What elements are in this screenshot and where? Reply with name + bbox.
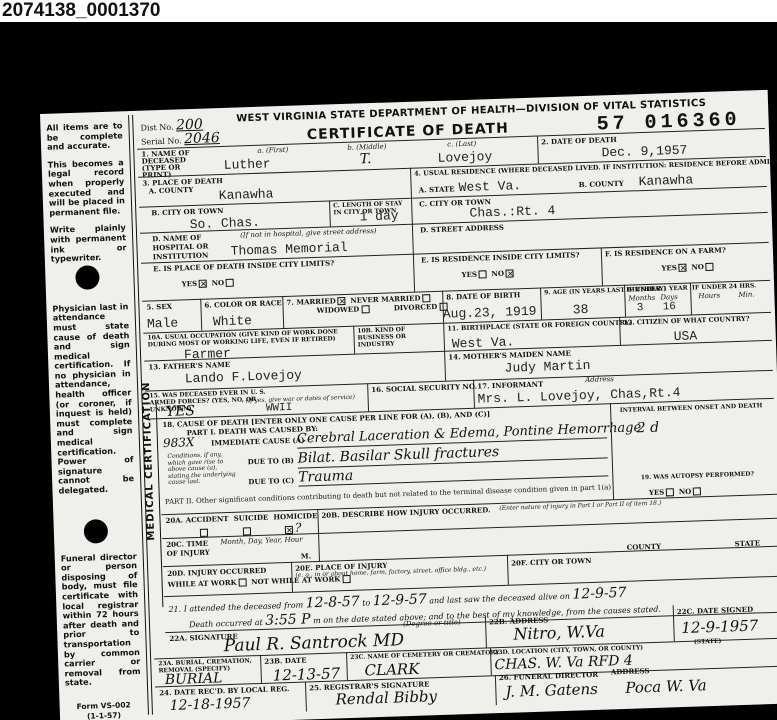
date-received: 12-18-1957	[169, 695, 250, 714]
residence-farm: YES✕ NO	[661, 262, 716, 273]
last-name: Lovejoy	[437, 149, 492, 166]
physician-address: Nitro, W.Va	[513, 622, 605, 644]
age-days: 16	[663, 301, 677, 313]
punch-hole-icon	[75, 265, 100, 290]
no-checkbox[interactable]	[706, 263, 714, 271]
attended-to: 12-9-57	[372, 591, 427, 609]
age: 38	[573, 302, 589, 318]
cause-due-to-c: Trauma	[298, 468, 354, 486]
note-funeral-director: Funeral director or person disposing of …	[61, 552, 141, 689]
at-work-checkbox[interactable]	[239, 578, 247, 586]
middle-initial: T.	[359, 151, 371, 167]
note-legal-record: This becomes a legal record when properl…	[48, 158, 126, 218]
residence-inside-limits: YES NO✕	[461, 268, 516, 279]
sex: Male	[147, 316, 179, 332]
length-of-stay: 1 day	[359, 208, 398, 224]
first-name: Luther	[224, 156, 271, 173]
mother-maiden-name: Judy Martin	[504, 358, 590, 376]
death-inside-limits: YES✕ NO	[182, 278, 237, 289]
onset-interval: 2 d	[636, 420, 659, 437]
funeral-director-address: Poca W. Va	[625, 676, 707, 697]
scanned-document: All items are to be complete and accurat…	[0, 22, 777, 720]
age-months: 3	[637, 302, 644, 314]
note-write-plainly: Write plainly with permanent ink or type…	[50, 224, 127, 265]
form-number: Form VS-002 (1-1-57)	[66, 700, 143, 720]
note-physician: Physician last in attendance must state …	[52, 302, 134, 496]
divider	[156, 402, 164, 607]
attended-from: 12-8-57	[305, 594, 360, 612]
residence-city: Chas.:Rt. 4	[469, 203, 555, 221]
war-service: WWII	[266, 402, 293, 415]
widowed-checkbox[interactable]	[361, 305, 369, 313]
date-signed: 12-9-1957	[681, 616, 759, 637]
father-name: Lando F.Lovejoy	[185, 367, 302, 386]
funeral-director: J. M. Gatens	[505, 680, 598, 701]
no-checkbox[interactable]: ✕	[506, 269, 514, 277]
yes-checkbox[interactable]	[666, 488, 674, 496]
yes-checkbox[interactable]: ✕	[679, 264, 687, 272]
cemetery-name: CLARK	[364, 660, 419, 680]
no-checkbox[interactable]	[693, 487, 701, 495]
death-time: 3:55 P	[265, 611, 311, 628]
last-seen-alive: 12-9-57	[572, 585, 627, 603]
registrar-signature: Rendal Bibby	[335, 687, 437, 708]
no-checkbox[interactable]	[226, 279, 234, 287]
date-of-death: Dec. 9,1957	[601, 143, 687, 161]
note-complete: All items are to be complete and accurat…	[46, 121, 123, 152]
death-county: Kanawha	[219, 186, 274, 203]
yes-checkbox[interactable]: ✕	[199, 280, 207, 288]
residence-county: Kanawha	[638, 172, 693, 189]
autopsy-performed: YES NO	[649, 486, 704, 497]
race: White	[213, 313, 252, 329]
residence-state: West Va.	[458, 178, 521, 195]
yes-checkbox[interactable]	[479, 270, 487, 278]
punch-hole-icon	[83, 519, 108, 544]
certificate-form: WEST VIRGINIA STATE DEPARTMENT OF HEALTH…	[136, 90, 777, 720]
cause-code: 983X	[163, 435, 195, 450]
image-label: 2074138_0001370	[0, 0, 777, 22]
date-of-birth: Aug.23, 1919	[443, 304, 537, 322]
death-certificate: All items are to be complete and accurat…	[40, 90, 777, 720]
